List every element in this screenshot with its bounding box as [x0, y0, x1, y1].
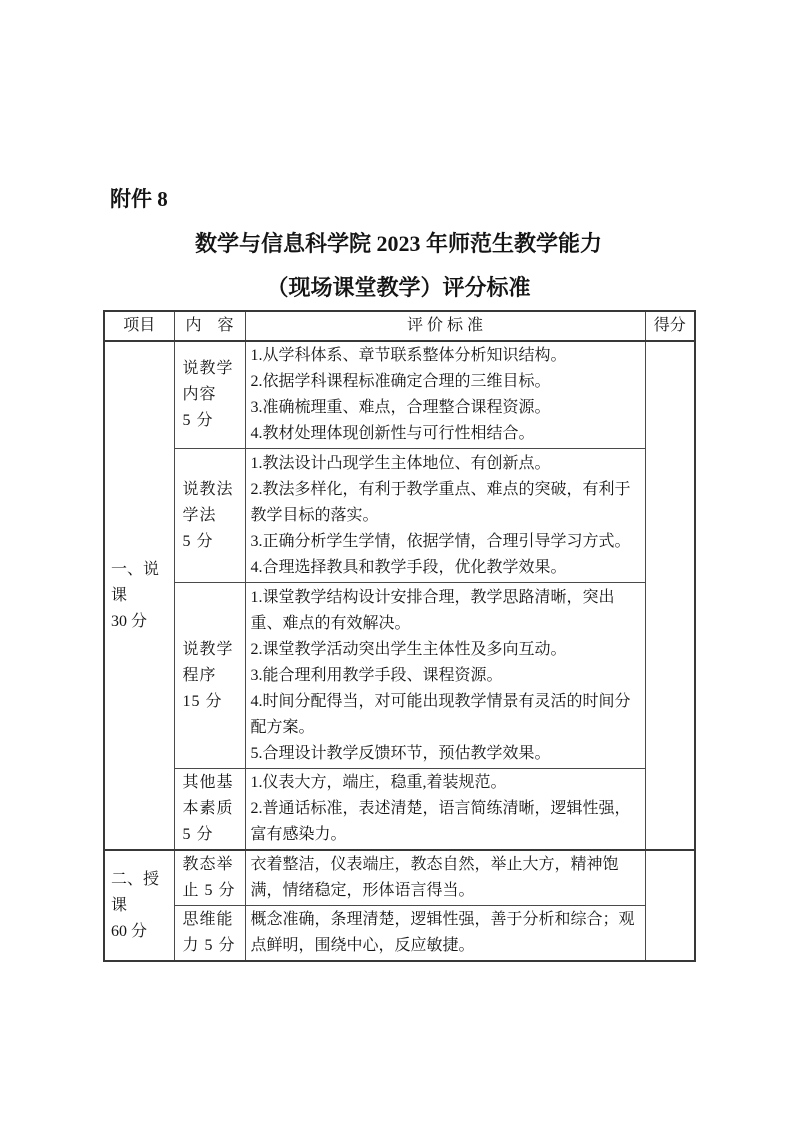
row6-criteria: 概念准确，条理清楚，逻辑性强，善于分析和综合；观点鲜明，围绕中心，反应敏捷。: [245, 906, 645, 962]
criteria-item: 4.时间分配得当，对可能出现教学情景有灵活的时间分配方案。: [251, 689, 642, 741]
criteria-item: 1.课堂教学结构设计安排合理，教学思路清晰，突出重、难点的有效解决。: [251, 585, 642, 637]
row3-criteria: 1.课堂教学结构设计安排合理，教学思路清晰，突出重、难点的有效解决。 2.课堂教…: [245, 583, 645, 769]
scoring-rubric-table: 项目 内 容 评 价 标 准 得分 一、说课 30 分 说教学 内容 5 分 1…: [103, 310, 696, 962]
header-criteria: 评 价 标 准: [245, 311, 645, 341]
document-body: 附件 8 数学与信息科学院 2023 年师范生教学能力 （现场课堂教学）评分标准…: [103, 185, 694, 962]
row1-criteria: 1.从学科体系、章节联系整体分析知识结构。 2.依据学科课程标准确定合理的三维目…: [245, 341, 645, 449]
header-score: 得分: [645, 311, 695, 341]
criteria-item: 3.能合理利用教学手段、课程资源。: [251, 663, 642, 689]
row2-content-label: 说教法 学法 5 分: [174, 449, 245, 583]
criteria-item: 3.正确分析学生学情，依据学情，合理引导学习方式。: [251, 529, 642, 555]
criteria-item: 2.课堂教学活动突出学生主体性及多向互动。: [251, 637, 642, 663]
table-row: 思维能 力 5 分 概念准确，条理清楚，逻辑性强，善于分析和综合；观点鲜明，围绕…: [104, 906, 695, 962]
row5-criteria: 衣着整洁，仪表端庄，教态自然，举止大方，精神饱满，情绪稳定，形体语言得当。: [245, 850, 645, 906]
table-row: 说教学 程序 15 分 1.课堂教学结构设计安排合理，教学思路清晰，突出重、难点…: [104, 583, 695, 769]
criteria-item: 3.准确梳理重、难点，合理整合课程资源。: [251, 395, 642, 421]
document-title-line2: （现场课堂教学）评分标准: [103, 274, 694, 302]
criteria-item: 2.普通话标准，表述清楚，语言简练清晰，逻辑性强，富有感染力。: [251, 796, 642, 848]
table-row: 一、说课 30 分 说教学 内容 5 分 1.从学科体系、章节联系整体分析知识结…: [104, 341, 695, 449]
row6-content-label: 思维能 力 5 分: [174, 906, 245, 962]
criteria-item: 2.依据学科课程标准确定合理的三维目标。: [251, 369, 642, 395]
criteria-item: 4.教材处理体现创新性与可行性相结合。: [251, 421, 642, 447]
section1-score-cell: [645, 341, 695, 850]
table-row: 其他基 本素质 5 分 1.仪表大方，端庄，稳重,着装规范。 2.普通话标准，表…: [104, 769, 695, 851]
table-header-row: 项目 内 容 评 价 标 准 得分: [104, 311, 695, 341]
table-row: 说教法 学法 5 分 1.教法设计凸现学生主体地位、有创新点。 2.教法多样化，…: [104, 449, 695, 583]
criteria-item: 衣着整洁，仪表端庄，教态自然，举止大方，精神饱满，情绪稳定，形体语言得当。: [251, 852, 642, 904]
row4-content-label: 其他基 本素质 5 分: [174, 769, 245, 851]
row4-criteria: 1.仪表大方，端庄，稳重,着装规范。 2.普通话标准，表述清楚，语言简练清晰，逻…: [245, 769, 645, 851]
header-item: 项目: [104, 311, 174, 341]
table-row: 二、授课 60 分 教态举 止 5 分 衣着整洁，仪表端庄，教态自然，举止大方，…: [104, 850, 695, 906]
row3-content-label: 说教学 程序 15 分: [174, 583, 245, 769]
section2-item-label: 二、授课 60 分: [104, 850, 174, 961]
section1-item-label: 一、说课 30 分: [104, 341, 174, 850]
attachment-label: 附件 8: [103, 185, 694, 213]
header-content: 内 容: [174, 311, 245, 341]
criteria-item: 概念准确，条理清楚，逻辑性强，善于分析和综合；观点鲜明，围绕中心，反应敏捷。: [251, 907, 642, 959]
section2-score-cell: [645, 850, 695, 961]
row5-content-label: 教态举 止 5 分: [174, 850, 245, 906]
document-title-line1: 数学与信息科学院 2023 年师范生教学能力: [103, 230, 694, 258]
document-page: 附件 8 数学与信息科学院 2023 年师范生教学能力 （现场课堂教学）评分标准…: [0, 0, 793, 1122]
criteria-item: 1.从学科体系、章节联系整体分析知识结构。: [251, 343, 642, 369]
criteria-item: 1.教法设计凸现学生主体地位、有创新点。: [251, 451, 642, 477]
criteria-item: 2.教法多样化，有利于教学重点、难点的突破，有利于教学目标的落实。: [251, 477, 642, 529]
criteria-item: 4.合理选择教具和教学手段，优化教学效果。: [251, 555, 642, 581]
criteria-item: 1.仪表大方，端庄，稳重,着装规范。: [251, 770, 642, 796]
criteria-item: 5.合理设计教学反馈环节，预估教学效果。: [251, 741, 642, 767]
row1-content-label: 说教学 内容 5 分: [174, 341, 245, 449]
row2-criteria: 1.教法设计凸现学生主体地位、有创新点。 2.教法多样化，有利于教学重点、难点的…: [245, 449, 645, 583]
